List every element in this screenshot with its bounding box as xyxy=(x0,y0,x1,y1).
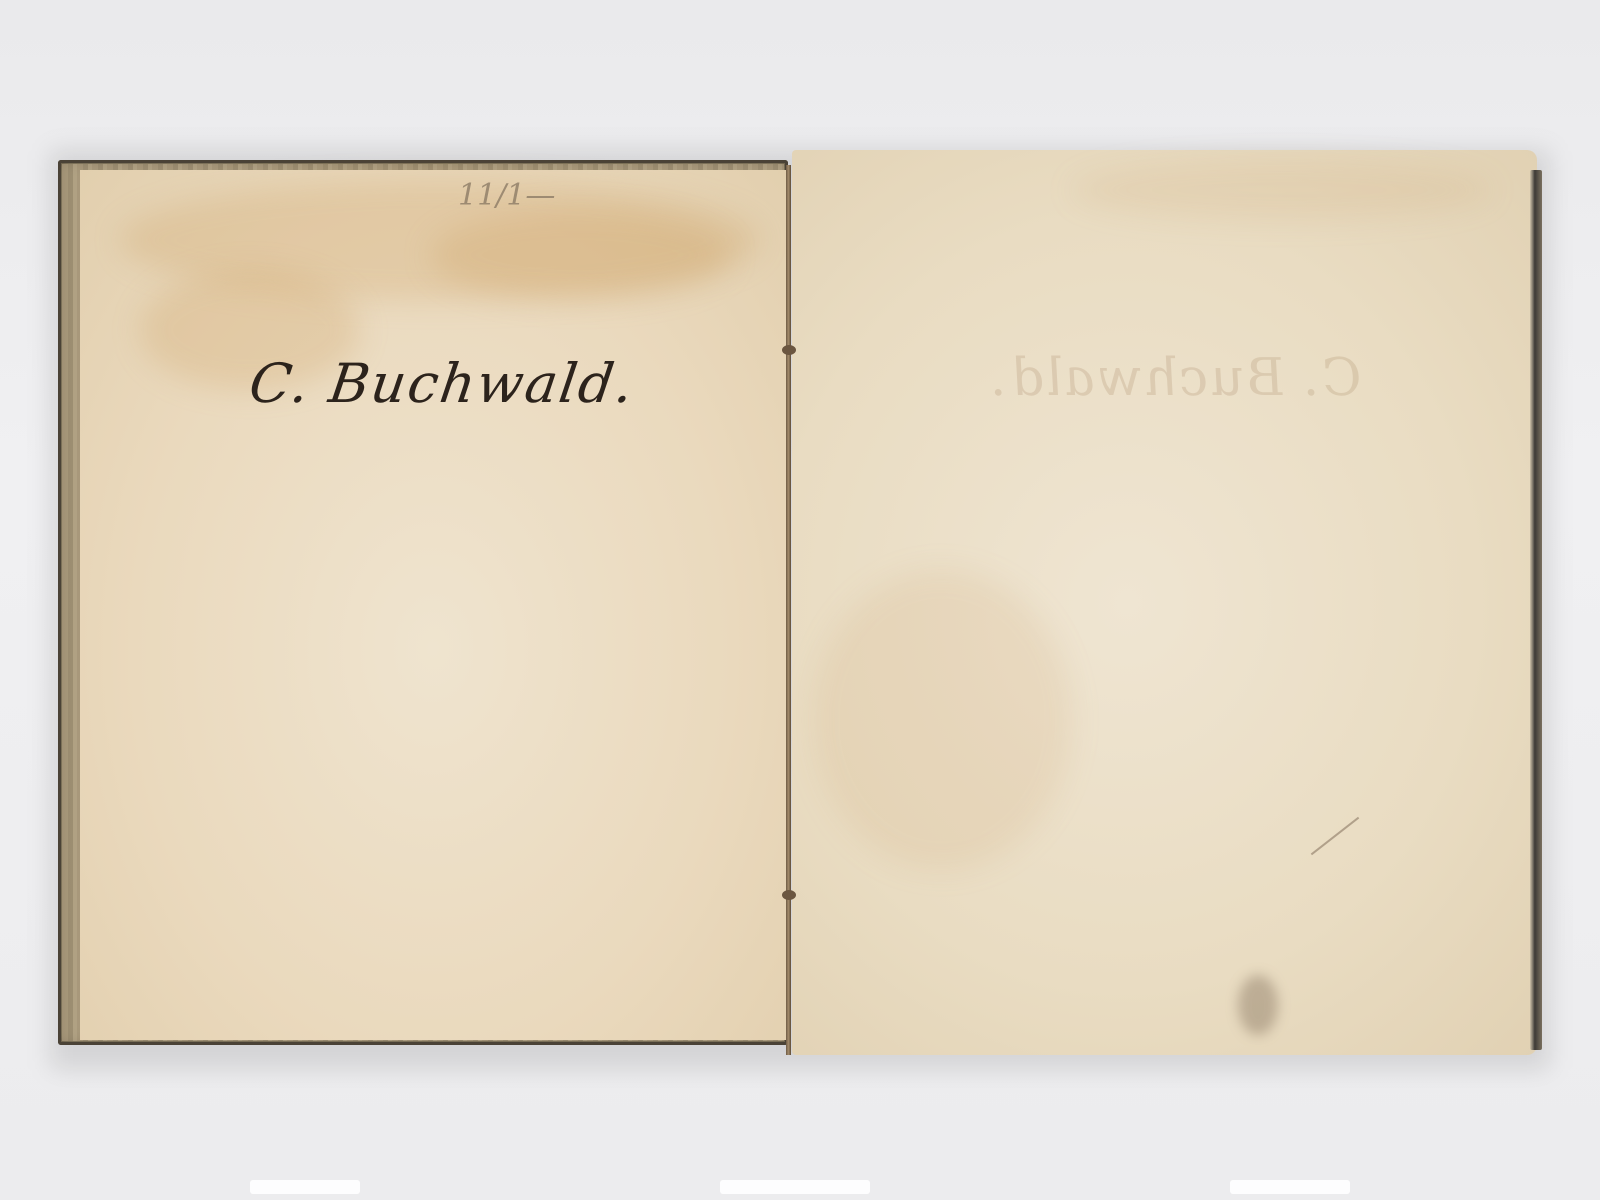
book-cover-right-edge xyxy=(1530,170,1542,1050)
light-glare xyxy=(1230,1180,1350,1194)
bleed-through-signature: C. Buchwald. xyxy=(986,348,1366,408)
foxing-stain xyxy=(1072,160,1492,220)
book-spine xyxy=(786,165,791,1055)
right-page xyxy=(792,150,1537,1055)
page-smudge xyxy=(1238,975,1278,1035)
light-glare xyxy=(250,1180,360,1194)
light-glare xyxy=(720,1180,870,1194)
binding-stitch xyxy=(782,345,796,355)
binding-stitch xyxy=(782,890,796,900)
left-page xyxy=(80,170,790,1040)
handwritten-signature: C. Buchwald. xyxy=(246,352,639,415)
foxing-stain xyxy=(812,570,1072,870)
water-stain xyxy=(430,210,730,300)
pencil-note: 11/1— xyxy=(458,178,555,213)
